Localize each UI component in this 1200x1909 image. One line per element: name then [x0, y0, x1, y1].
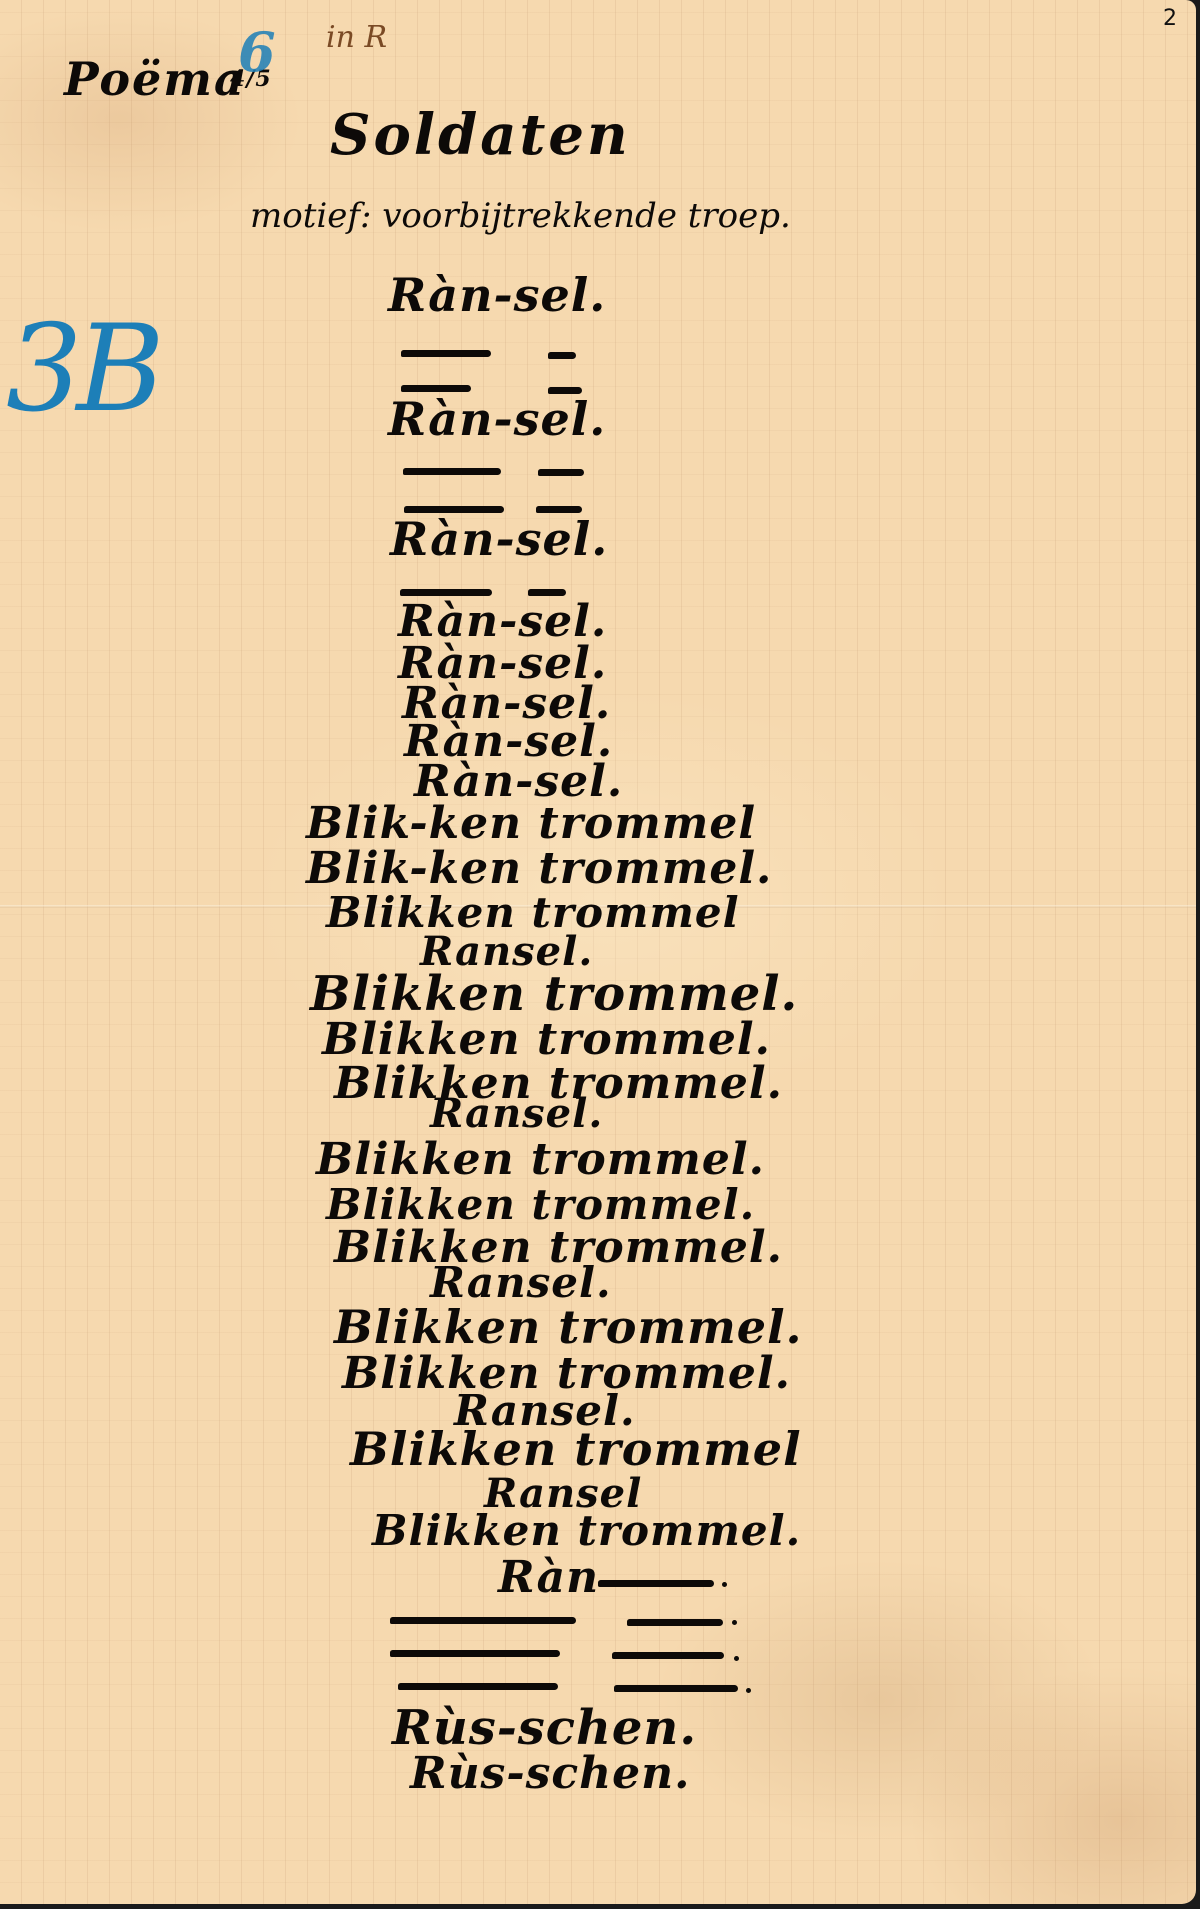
- rest-dash: [403, 468, 501, 475]
- blue-crayon-mark: 6: [238, 20, 276, 84]
- manuscript-page: 2 Poëma 4/5 6 in R 3B Soldaten motief: v…: [0, 0, 1196, 1904]
- poem-line: Blik-ken trommel: [306, 798, 756, 849]
- poem-line: Blikken trommel.: [372, 1506, 801, 1555]
- rest-dash: [390, 1650, 560, 1657]
- poem-line: Blikken trommel.: [316, 1134, 765, 1185]
- rest-dash: [528, 589, 566, 596]
- rest-dash: [401, 350, 491, 357]
- period-dot: [734, 1656, 739, 1661]
- rest-dash: [398, 1683, 558, 1690]
- poem-line: Rùs-schen.: [410, 1748, 690, 1799]
- poem-subtitle: motief: voorbijtrekkende troep.: [250, 196, 791, 236]
- period-dot: [732, 1620, 737, 1625]
- rest-dash: [614, 1685, 738, 1692]
- poem-line: Ràn-sel.: [390, 512, 608, 566]
- poem-line: Ràn: [498, 1552, 599, 1603]
- poem-line: Ràn-sel.: [388, 392, 606, 446]
- rest-dash: [612, 1652, 724, 1659]
- rest-dash: [627, 1619, 723, 1626]
- rest-dash: [400, 589, 492, 596]
- page-number: 2: [1163, 6, 1177, 31]
- rest-dash: [598, 1580, 714, 1587]
- rest-dash: [390, 1617, 576, 1624]
- poem-line: Ransel.: [430, 1090, 603, 1137]
- rest-dash: [401, 385, 471, 392]
- period-dot: [722, 1582, 727, 1587]
- poem-line: Blikken trommel.: [334, 1300, 803, 1354]
- heading-label: Poëma: [64, 52, 246, 106]
- rest-dash: [538, 469, 584, 476]
- poem-title: Soldaten: [330, 102, 631, 168]
- rest-dash: [548, 352, 576, 359]
- brown-annotation: in R: [326, 20, 387, 55]
- poem-line: Ràn-sel.: [388, 268, 606, 322]
- poem-line: Blikken trommel: [350, 1422, 802, 1476]
- poem-line: Blik-ken trommel.: [306, 843, 772, 894]
- margin-mark-3b: 3B: [6, 300, 159, 439]
- period-dot: [746, 1688, 751, 1693]
